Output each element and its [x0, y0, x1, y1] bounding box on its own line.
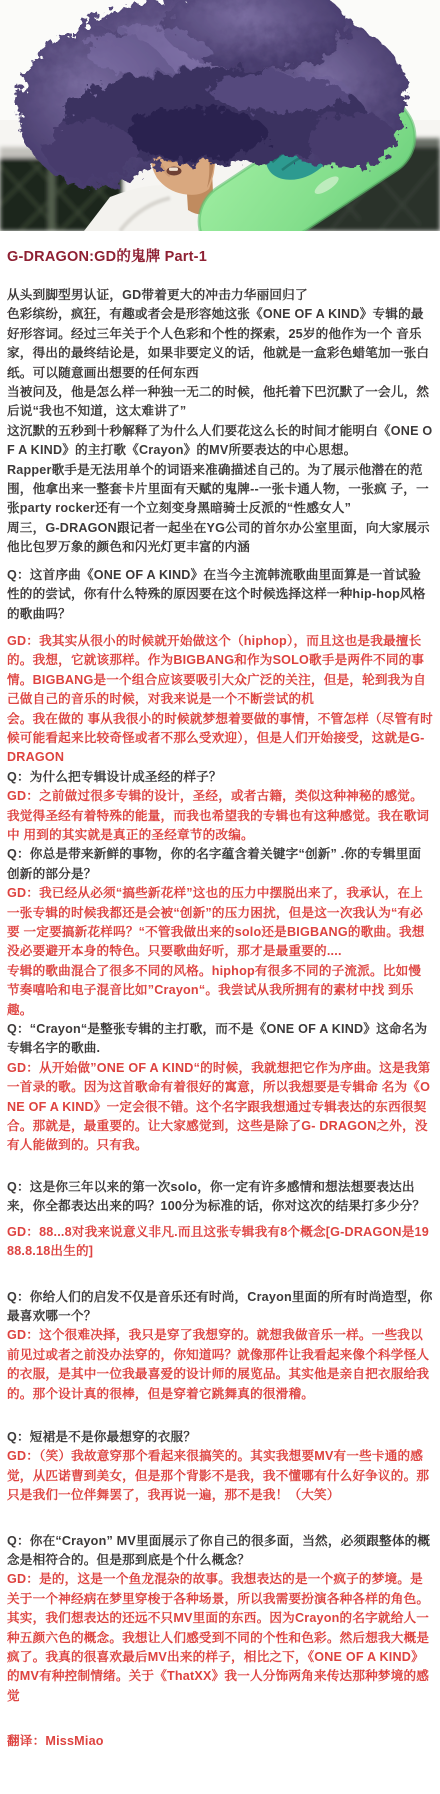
question-paragraph: Q：这是你三年以来的第一次solo，你一定有许多感情和想法想要表达出来，你全都表… [0, 1178, 440, 1217]
answer-paragraph: GD：之前做过很多专辑的设计，圣经，或者古籍，类似这种神秘的感觉。我觉得圣经有着… [0, 787, 440, 845]
hat-fringe [124, 108, 268, 160]
answer-paragraph: GD：我已经从必须“搞些新花样”这也的压力中摆脱出来了，我承认，在上一张专辑的时… [0, 884, 440, 962]
question-paragraph: Q：这首序曲《ONE OF A KIND》在当今主流韩流歌曲里面算是一首试验性的… [0, 566, 440, 624]
question-paragraph: Q：你给人们的启发不仅是音乐还有时尚，Crayon里面的所有时尚造型，你最喜欢哪… [0, 1288, 440, 1327]
answer-paragraph: 其实，我们想表达的还远不只MV里面的东西。因为Crayon的名字就给人一种五颜六… [0, 1609, 440, 1706]
article-title: G-DRAGON:GD的鬼牌 Part-1 [7, 245, 433, 266]
question-paragraph: Q：你总是带来新鲜的事物，你的名字蕴含着关键字“创新” .你的专辑里面创新的部分… [0, 845, 440, 884]
hero-photo [0, 0, 440, 231]
intro-paragraph: 色彩缤纷，疯狂，有趣或者会是形容她这张《ONE OF A KIND》专辑的最好形… [0, 305, 440, 383]
answer-paragraph: GD：（笑）我故意穿那个看起来很搞笑的。其实我想要MV有一些卡通的感觉，从匹诺曹… [0, 1447, 440, 1505]
teeth [169, 168, 178, 171]
intro-paragraph: 周三，G-DRAGON跟记者一起坐在YG公司的首尔办公室里面，向大家展示他比包罗… [0, 519, 440, 558]
intro-paragraph: 这沉默的五秒到十秒解释了为什么人们要花这么长的时间才能明白《ONE OF A K… [0, 422, 440, 461]
question-paragraph: Q：短裙是不是你最想穿的衣服？ [0, 1428, 440, 1447]
question-paragraph: Q：为什么把专辑设计成圣经的样子？ [0, 768, 440, 787]
answer-paragraph: 的衣服，是其中一位我最喜爱的设计师的展览品。其实他是亲自把衣服给我的。那个设计真… [0, 1365, 440, 1404]
intro-paragraph: 从头到脚型男认证，GD带着更大的冲击力华丽回归了 [0, 286, 440, 305]
answer-paragraph: 会。我在做的 事从我很小的时候就梦想着要做的事情，不管怎样（尽管有时候可能看起来… [0, 710, 440, 768]
answer-paragraph: GD：是的，这是一个鱼龙混杂的故事。我想表达的是一个疯子的梦境。是关于一个神经病… [0, 1570, 440, 1609]
intro-paragraph: 当被问及，他是怎么样一种独一无二的时候，他托着下巴沉默了一会儿，然后说“我也不知… [0, 383, 440, 422]
article-body: 从头到脚型男认证，GD带着更大的冲击力华丽回归了色彩缤纷，疯狂，有趣或者会是形容… [0, 286, 440, 1706]
answer-paragraph: GD：我其实从很小的时候就开始做这个（hiphop），而且这也是我最擅长的。我想… [0, 632, 440, 710]
answer-paragraph: GD：88...8对我来说意义非凡.而且这张专辑我有8个概念[G-DRAGON是… [0, 1223, 440, 1262]
intro-paragraph: Rapper歌手是无法用单个的词语来准确描述自己的。为了展示他潜在的范围，他拿出… [0, 461, 440, 519]
answer-paragraph: GD：从开始做”ONE OF A KIND“的时候，我就想把它作为序曲。这是我第… [0, 1059, 440, 1156]
hero-photo-illustration [0, 0, 440, 231]
question-paragraph: Q：你在“Crayon” MV里面展示了你自己的很多面，当然，必须跟整体的概念是… [0, 1532, 440, 1571]
answer-paragraph: 专辑的歌曲混合了很多不同的风格。hiphop有很多不同的子流派。比如慢节奏嘻哈和… [0, 962, 440, 1020]
question-paragraph: Q：“Crayon“是整张专辑的主打歌，而不是《ONE OF A KIND》这命… [0, 1020, 440, 1059]
article-page: G-DRAGON:GD的鬼牌 Part-1 从头到脚型男认证，GD带着更大的冲击… [0, 0, 440, 1794]
translator-credit: 翻译：MissMiao [0, 1732, 440, 1781]
answer-paragraph: GD：这个很难决择，我只是穿了我想穿的。就想我做音乐一样。一些我以前见过或者之前… [0, 1326, 440, 1365]
